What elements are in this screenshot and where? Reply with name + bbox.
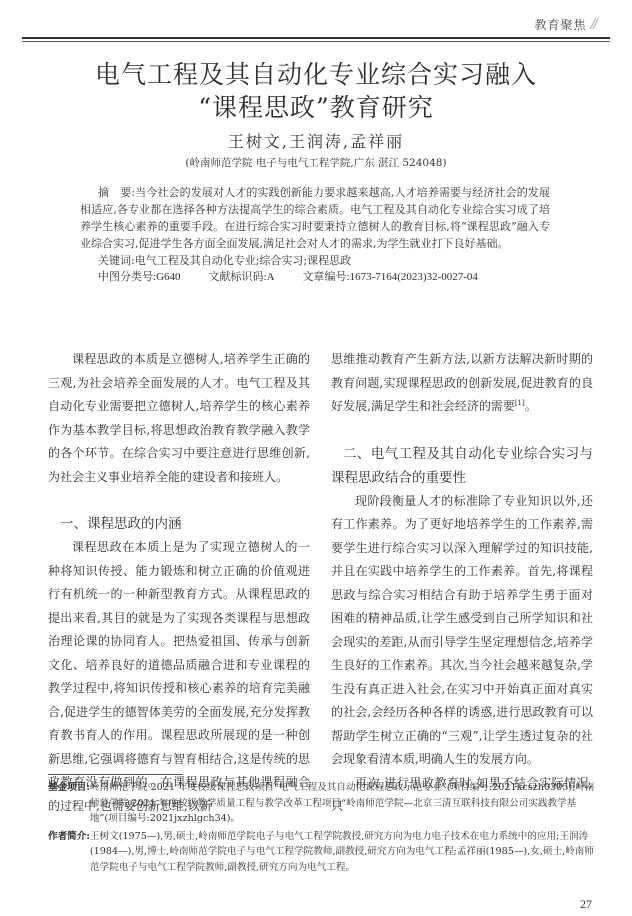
continued-end: 。 (525, 399, 537, 413)
section-2-heading: 二、电气工程及其自动化专业综合实习与课程思政结合的重要性 (331, 442, 593, 490)
doc-code-value: A (267, 271, 275, 283)
affiliation: (岭南师范学院 电子与电气工程学院,广东 湛江 524048) (0, 155, 632, 170)
classification-line: 中图分类号:G640 文献标识码:A 文章编号:1673-7164(2023)3… (80, 269, 550, 286)
right-column: 思维推动教育产生新方法,以新方法解决新时期的教育问题,实现课程思政的创新发展,促… (331, 348, 593, 819)
keywords: 关键词:电气工程及其自动化专业;综合实习;课程思政 (80, 252, 550, 269)
author-bio-label: 作者简介: (48, 829, 90, 876)
page-number: 27 (580, 897, 592, 912)
article-no-value: 1673-7164(2023)32-0027-04 (350, 271, 478, 283)
footnotes: 基金项目: 岭南师范学院 2021 年度校级课程思政项目“电气工程及其自动化课程… (48, 780, 596, 877)
doc-code-label: 文献标识码: (209, 271, 267, 283)
clc-label: 中图分类号: (98, 271, 156, 283)
article-no-label: 文章编号: (303, 271, 350, 283)
abstract-text: 当今社会的发展对人才的实践创新能力要求越来越高,人才培养需要与经济社会的发展相适… (80, 186, 550, 250)
footnote-divider (48, 774, 183, 775)
title-line-1: 电气工程及其自动化专业综合实习融入 (0, 58, 632, 91)
continued-paragraph: 思维推动教育产生新方法,以新方法解决新时期的教育问题,实现课程思政的创新发展,促… (331, 348, 593, 419)
double-slash-icon: // (591, 17, 597, 32)
abstract: 摘 要:当今社会的发展对人才的实践创新能力要求越来越高,人才培养需要与经济社会的… (80, 184, 550, 252)
title-line-2: “课程思政”教育研究 (0, 91, 632, 124)
author-list: 王树文,王润涛,孟祥丽 (0, 129, 632, 152)
continued-text: 思维推动教育产生新方法,以新方法解决新时期的教育问题,实现课程思政的创新发展,促… (331, 352, 593, 413)
citation-ref[interactable]: [1] (515, 399, 525, 407)
keywords-text: 电气工程及其自动化专业;综合实习;课程思政 (135, 254, 351, 267)
clc-number: 中图分类号:G640 (98, 269, 181, 286)
keywords-label: 关键词: (98, 254, 135, 267)
clc-value: G640 (156, 271, 180, 283)
section-tag-label: 教育聚焦 (534, 16, 586, 33)
author-bio-footnote: 作者简介: 王树文(1975—),男,硕士,岭南师范学院电子与电气工程学院教授,… (48, 829, 596, 876)
section-1-paragraph: 课程思政在本质上是为了实现立德树人的一种将知识传授、能力锻炼和树立正确的价值观进… (48, 536, 310, 818)
section-2-paragraph-1: 现阶段衡量人才的标准除了专业知识以外,还有工作素养。为了更好地培养学生的工作素养… (331, 490, 593, 772)
intro-paragraph: 课程思政的本质是立德树人,培养学生正确的三观,为社会培养全面发展的人才。电气工程… (48, 348, 310, 489)
header-rule-thick (22, 37, 610, 39)
author-bio-text: 王树文(1975—),男,硕士,岭南师范学院电子与电气工程学院教授,研究方向为电… (90, 829, 596, 876)
section-tag: 教育聚焦 // (534, 16, 596, 33)
header-rule-thin (22, 41, 610, 42)
abstract-block: 摘 要:当今社会的发展对人才的实践创新能力要求越来越高,人才培养需要与经济社会的… (80, 184, 550, 286)
left-column: 课程思政的本质是立德树人,培养学生正确的三观,为社会培养全面发展的人才。电气工程… (48, 348, 310, 818)
fund-text: 岭南师范学院 2021 年度校级课程思政项目“电气工程及其自动化课程思政示范专业… (90, 780, 596, 827)
abstract-label: 摘 要: (98, 186, 135, 199)
fund-label: 基金项目: (48, 780, 90, 827)
section-1-heading: 一、课程思政的内涵 (48, 512, 310, 536)
article-number: 文章编号:1673-7164(2023)32-0027-04 (303, 269, 478, 286)
fund-footnote: 基金项目: 岭南师范学院 2021 年度校级课程思政项目“电气工程及其自动化课程… (48, 780, 596, 827)
document-code: 文献标识码:A (209, 269, 275, 286)
article-title: 电气工程及其自动化专业综合实习融入 “课程思政”教育研究 (0, 58, 632, 124)
